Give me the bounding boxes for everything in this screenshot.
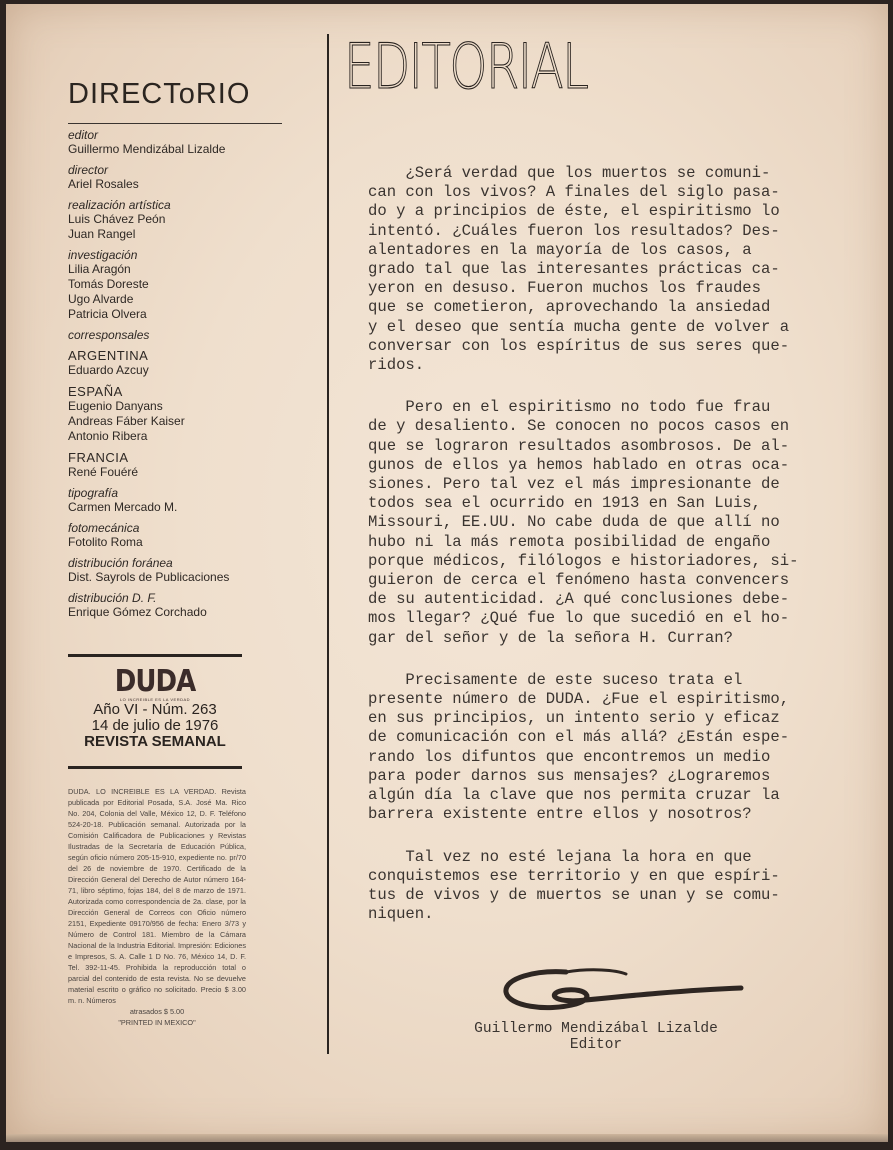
masthead-top-rule	[68, 654, 242, 657]
credit-group: ARGENTINAEduardo Azcuy	[68, 348, 324, 378]
editorial-title: EDITORIAL	[344, 32, 588, 102]
legal-text: DUDA. LO INCREIBLE ES LA VERDAD. Revista…	[68, 787, 246, 1005]
credit-group: ESPAÑAEugenio DanyansAndreas Fáber Kaise…	[68, 384, 324, 444]
editorial-paragraph: ¿Será verdad que los muertos se comuni- …	[368, 164, 848, 375]
correspondent-country: ARGENTINA	[68, 348, 324, 363]
credit-name: Ugo Alvarde	[68, 292, 324, 307]
directory-title-rule	[68, 123, 282, 124]
correspondent-country: ESPAÑA	[68, 384, 324, 399]
credit-group: editorGuillermo Mendizábal Lizalde	[68, 128, 324, 157]
credit-role: distribución D. F.	[68, 591, 324, 605]
legal-notice: DUDA. LO INCREIBLE ES LA VERDAD. Revista…	[68, 786, 246, 1028]
credit-group: directorAriel Rosales	[68, 163, 324, 192]
back-issues-price: atrasados $ 5.00	[68, 1006, 246, 1017]
credit-group: investigaciónLilia AragónTomás DoresteUg…	[68, 248, 324, 322]
credit-role: realización artística	[68, 198, 324, 212]
credit-name: Lilia Aragón	[68, 262, 324, 277]
credit-name: Luis Chávez Peón	[68, 212, 324, 227]
credit-group: distribución D. F.Enrique Gómez Corchado	[68, 591, 324, 620]
credit-role: corresponsales	[68, 328, 324, 342]
editorial-paragraph: Precisamente de este suceso trata el pre…	[368, 671, 848, 825]
credit-group: corresponsales	[68, 328, 324, 342]
duda-logo: DUDA	[115, 667, 195, 697]
issue-number: Año VI - Núm. 263	[68, 702, 242, 718]
signature-block: Guillermo Mendizábal Lizalde Editor	[436, 1021, 756, 1053]
credit-role: investigación	[68, 248, 324, 262]
editorial-body: ¿Será verdad que los muertos se comuni- …	[368, 164, 848, 947]
column-divider	[327, 34, 329, 1054]
masthead: DUDA LO INCREIBLE ES LA VERDAD Año VI - …	[68, 669, 242, 750]
magazine-page: DIRECToRIO editorGuillermo Mendizábal Li…	[6, 4, 888, 1142]
masthead-bottom-rule	[68, 766, 242, 769]
editorial-paragraph: Tal vez no esté lejana la hora en que co…	[368, 848, 848, 925]
credit-group: distribución foráneaDist. Sayrols de Pub…	[68, 556, 324, 585]
issue-frequency: REVISTA SEMANAL	[68, 734, 242, 750]
credit-role: distribución foránea	[68, 556, 324, 570]
credit-name: Guillermo Mendizábal Lizalde	[68, 142, 324, 157]
credit-name: Tomás Doreste	[68, 277, 324, 292]
credit-name: Juan Rangel	[68, 227, 324, 242]
credit-group: FRANCIARené Fouéré	[68, 450, 324, 480]
credit-name: Dist. Sayrols de Publicaciones	[68, 570, 324, 585]
credit-group: tipografíaCarmen Mercado M.	[68, 486, 324, 515]
credit-role: editor	[68, 128, 324, 142]
signature-name: Guillermo Mendizábal Lizalde	[436, 1021, 756, 1037]
directory-title: DIRECToRIO	[68, 74, 324, 114]
credit-name: René Fouéré	[68, 465, 324, 480]
signature-scribble-icon	[496, 960, 746, 1020]
printed-in-mexico: "PRINTED IN MEXICO"	[68, 1017, 246, 1028]
signature-title: Editor	[436, 1037, 756, 1053]
credit-role: fotomecánica	[68, 521, 324, 535]
editorial-paragraph: Pero en el espiritismo no todo fue frau …	[368, 398, 848, 648]
credit-name: Ariel Rosales	[68, 177, 324, 192]
issue-date: 14 de julio de 1976	[68, 718, 242, 734]
credit-name: Enrique Gómez Corchado	[68, 605, 324, 620]
credit-role: tipografía	[68, 486, 324, 500]
credit-name: Fotolito Roma	[68, 535, 324, 550]
credit-name: Eugenio Danyans	[68, 399, 324, 414]
credit-name: Carmen Mercado M.	[68, 500, 324, 515]
credit-role: director	[68, 163, 324, 177]
credit-name: Patricia Olvera	[68, 307, 324, 322]
credits-list: editorGuillermo Mendizábal Lizaldedirect…	[68, 128, 324, 620]
credit-group: fotomecánicaFotolito Roma	[68, 521, 324, 550]
credit-group: realización artísticaLuis Chávez PeónJua…	[68, 198, 324, 242]
correspondent-country: FRANCIA	[68, 450, 324, 465]
directory-sidebar: DIRECToRIO editorGuillermo Mendizábal Li…	[62, 74, 324, 626]
credit-name: Andreas Fáber Kaiser	[68, 414, 324, 429]
page-bottom-edge	[6, 1134, 888, 1142]
credit-name: Antonio Ribera	[68, 429, 324, 444]
credit-name: Eduardo Azcuy	[68, 363, 324, 378]
